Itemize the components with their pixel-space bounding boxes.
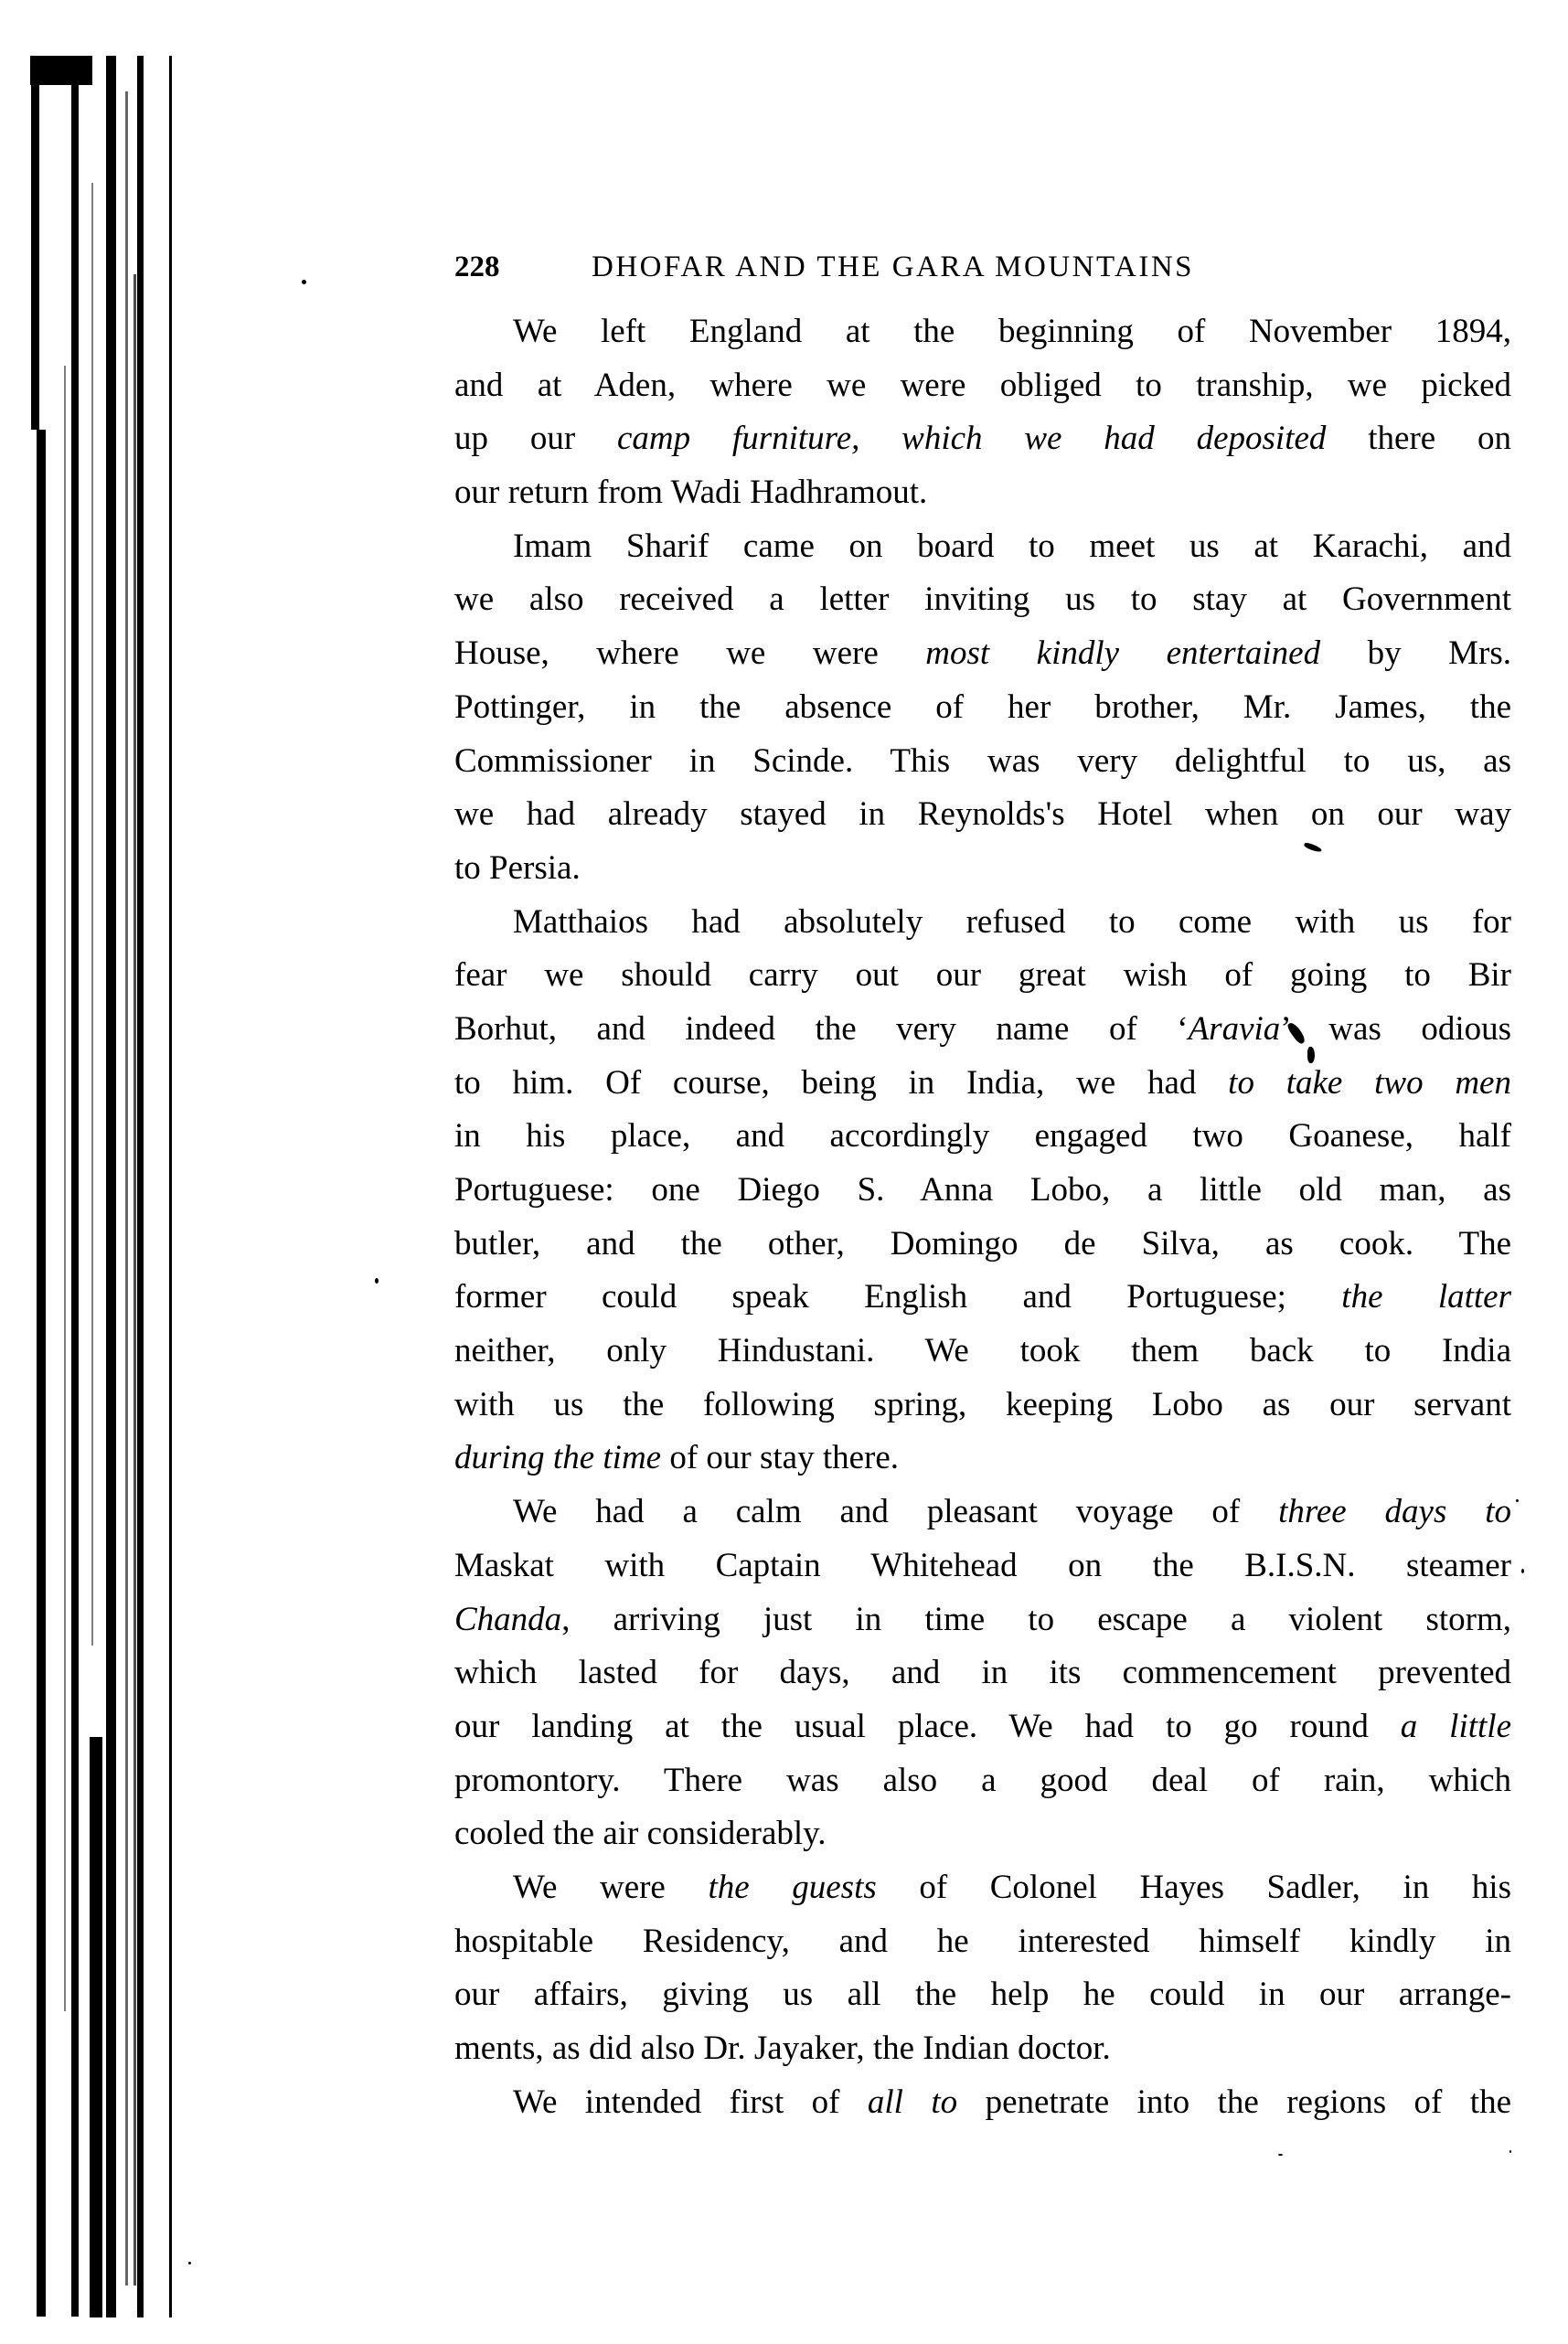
- text-line: we also received a letter inviting us to…: [454, 573, 1511, 627]
- binding-bar: [133, 274, 136, 2285]
- scan-speck: [1278, 2154, 1283, 2156]
- text-line: Matthaios had absolutely refused to come…: [454, 896, 1511, 950]
- text-line: fear we should carry out our great wish …: [454, 949, 1511, 1003]
- text-line: in his place, and accordingly engaged tw…: [454, 1110, 1511, 1164]
- scan-speck: [302, 280, 306, 284]
- scan-speck: [1509, 2150, 1511, 2153]
- text-line: We intended first of all to penetrate in…: [454, 2076, 1511, 2130]
- text-line: with us the following spring, keeping Lo…: [454, 1379, 1511, 1433]
- binding-bar: [75, 64, 78, 2317]
- text-line: our return from Wadi Hadhramout.: [454, 466, 1511, 520]
- paragraph: We left England at the beginning of Nove…: [454, 305, 1511, 520]
- binding-bar: [90, 1737, 102, 2317]
- binding-bar: [137, 56, 144, 2317]
- binding-bar: [64, 366, 66, 2011]
- scan-speck: [375, 1278, 379, 1284]
- text-line: ments, as did also Dr. Jayaker, the Indi…: [454, 2022, 1511, 2076]
- text-line: hospitable Residency, and he interested …: [454, 1915, 1511, 1969]
- text-line: cooled the air considerably.: [454, 1807, 1511, 1861]
- text-line: promontory. There was also a good deal o…: [454, 1754, 1511, 1808]
- text-line: We had a calm and pleasant voyage of thr…: [454, 1486, 1511, 1540]
- text-line: which lasted for days, and in its commen…: [454, 1646, 1511, 1700]
- text-line: we had already stayed in Reynolds's Hote…: [454, 788, 1511, 842]
- body-text: We left England at the beginning of Nove…: [454, 305, 1511, 2129]
- text-line: neither, only Hindustani. We took them b…: [454, 1325, 1511, 1379]
- text-line: Maskat with Captain Whitehead on the B.I…: [454, 1540, 1511, 1593]
- running-title: DHOFAR AND THE GARA MOUNTAINS: [592, 240, 1194, 294]
- binding-bar: [125, 91, 128, 2285]
- text-line: We were the guests of Colonel Hayes Sadl…: [454, 1861, 1511, 1915]
- binding-scan-artifact: [0, 0, 183, 2344]
- scan-speck: [1516, 1499, 1519, 1502]
- binding-bar: [37, 430, 46, 2317]
- text-line: House, where we were most kindly enterta…: [454, 627, 1511, 681]
- paragraph: We had a calm and pleasant voyage of thr…: [454, 1486, 1511, 1861]
- page-number: 228: [454, 240, 592, 294]
- binding-bar: [31, 82, 39, 430]
- text-line: butler, and the other, Domingo de Silva,…: [454, 1218, 1511, 1272]
- text-line: Chanda, arriving just in time to escape …: [454, 1593, 1511, 1647]
- paragraph: Matthaios had absolutely refused to come…: [454, 896, 1511, 1486]
- text-line: Borhut, and indeed the very name of ‘Ara…: [454, 1003, 1511, 1057]
- binding-bar: [169, 56, 172, 2317]
- text-line: to Persia.: [454, 842, 1511, 896]
- paragraph: We were the guests of Colonel Hayes Sadl…: [454, 1861, 1511, 2076]
- paragraph: We intended first of all to penetrate in…: [454, 2076, 1511, 2130]
- scan-speck: [1521, 1569, 1524, 1573]
- text-line: Pottinger, in the absence of her brother…: [454, 681, 1511, 735]
- text-line: Imam Sharif came on board to meet us at …: [454, 520, 1511, 574]
- text-line: former could speak English and Portugues…: [454, 1271, 1511, 1325]
- paragraph: Imam Sharif came on board to meet us at …: [454, 520, 1511, 896]
- text-line: up our camp furniture, which we had depo…: [454, 412, 1511, 466]
- text-line: to him. Of course, being in India, we ha…: [454, 1057, 1511, 1111]
- binding-bar: [30, 56, 92, 85]
- binding-bar: [106, 56, 116, 2317]
- running-head: 228 DHOFAR AND THE GARA MOUNTAINS: [454, 240, 1511, 294]
- text-line: We left England at the beginning of Nove…: [454, 305, 1511, 359]
- text-line: and at Aden, where we were obliged to tr…: [454, 359, 1511, 413]
- scan-speck: [188, 2262, 191, 2264]
- binding-bar: [91, 183, 93, 1646]
- text-line: our landing at the usual place. We had t…: [454, 1700, 1511, 1754]
- text-line: Portuguese: one Diego S. Anna Lobo, a li…: [454, 1164, 1511, 1218]
- text-line: during the time of our stay there.: [454, 1432, 1511, 1486]
- book-page: 228 DHOFAR AND THE GARA MOUNTAINS We lef…: [454, 240, 1511, 2129]
- text-line: our affairs, giving us all the help he c…: [454, 1968, 1511, 2022]
- text-line: Commissioner in Scinde. This was very de…: [454, 735, 1511, 789]
